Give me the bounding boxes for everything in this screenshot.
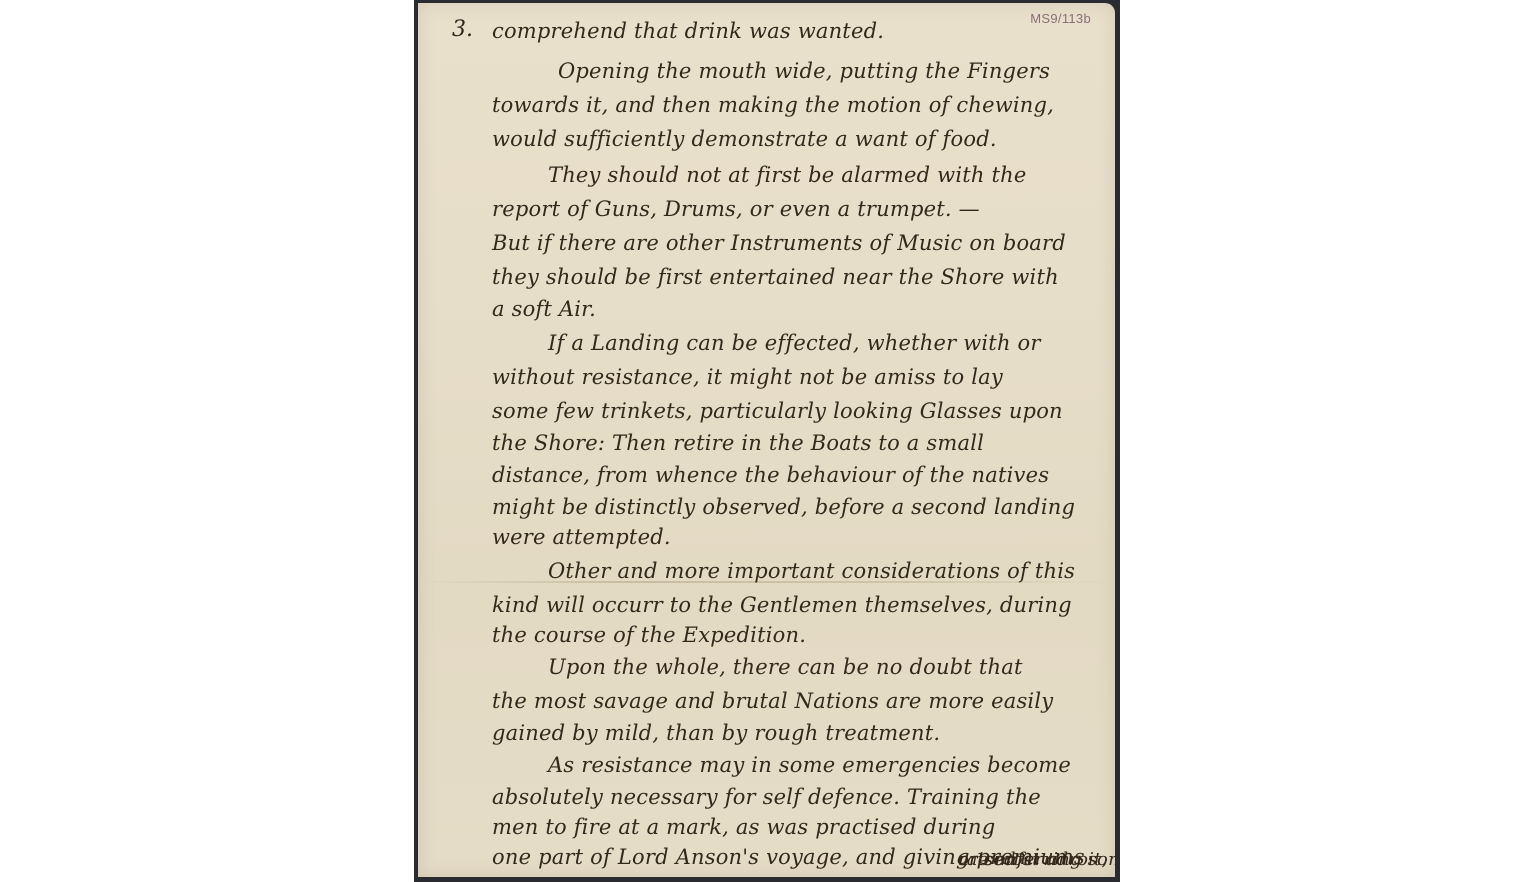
text-line: were attempted. bbox=[492, 525, 671, 549]
catchword: raised bbox=[958, 849, 1016, 870]
text-line: the course of the Expedition. bbox=[492, 623, 806, 647]
text-line: As resistance may in some emergencies be… bbox=[548, 753, 1071, 777]
shelfmark: MS9/113b bbox=[1030, 11, 1091, 26]
text-line: would sufficiently demonstrate a want of… bbox=[492, 127, 997, 151]
text-line: gained by mild, than by rough treatment. bbox=[492, 721, 940, 745]
text-line: kind will occurr to the Gentlemen themse… bbox=[492, 593, 1072, 617]
text-line: a soft Air. bbox=[492, 297, 596, 321]
text-line: Opening the mouth wide, putting the Fing… bbox=[558, 59, 1050, 83]
text-line: Upon the whole, there can be no doubt th… bbox=[548, 655, 1023, 679]
text-line: might be distinctly observed, before a s… bbox=[492, 495, 1075, 519]
text-line: But if there are other Instruments of Mu… bbox=[492, 231, 1066, 255]
text-line: Other and more important considerations … bbox=[548, 559, 1075, 583]
text-line: some few trinkets, particularly looking … bbox=[492, 399, 1063, 423]
document-viewer: MS9/113b 3. comprehend that drink was wa… bbox=[0, 0, 1536, 882]
manuscript-page: MS9/113b 3. comprehend that drink was wa… bbox=[418, 3, 1115, 877]
text-line: They should not at first be alarmed with… bbox=[548, 163, 1026, 187]
text-line: comprehend that drink was wanted. bbox=[492, 19, 884, 43]
text-line: they should be first entertained near th… bbox=[492, 265, 1059, 289]
page-number: 3. bbox=[452, 17, 473, 42]
text-line: distance, from whence the behaviour of t… bbox=[492, 463, 1049, 487]
text-line: If a Landing can be effected, whether wi… bbox=[548, 331, 1041, 355]
text-line: men to fire at a mark, as was practised … bbox=[492, 815, 995, 839]
text-line: the most savage and brutal Nations are m… bbox=[492, 689, 1053, 713]
text-line: the Shore: Then retire in the Boats to a… bbox=[492, 431, 984, 455]
text-line: absolutely necessary for self defence. T… bbox=[492, 785, 1041, 809]
text-line: report of Guns, Drums, or even a trumpet… bbox=[492, 197, 980, 221]
text-line: without resistance, it might not be amis… bbox=[492, 365, 1003, 389]
text-line: towards it, and then making the motion o… bbox=[492, 93, 1054, 117]
